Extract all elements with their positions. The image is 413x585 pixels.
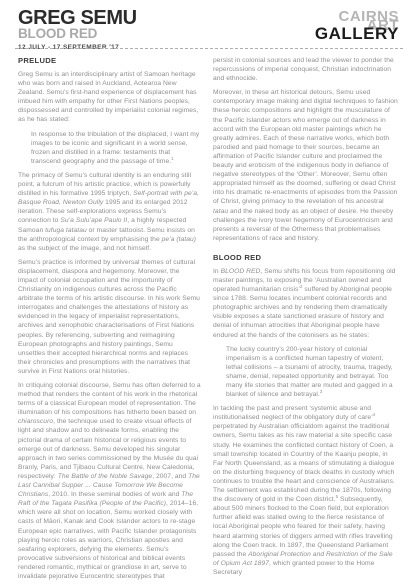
exhibition-text-page: GREG SEMU BLOOD RED 12 JULY - 17 SEPTEMB… bbox=[0, 0, 413, 585]
right-column: persist in colonial sources and lead the… bbox=[213, 56, 398, 582]
paragraph: In BLOOD RED, Semu shifts his focus from… bbox=[213, 267, 398, 340]
exhibition-title: BLOOD RED bbox=[18, 28, 137, 40]
block-quote: In response to the tribulation of the di… bbox=[31, 130, 201, 166]
masthead: GREG SEMU BLOOD RED 12 JULY - 17 SEPTEMB… bbox=[18, 9, 399, 47]
paragraph: In tackling the past and present ‘system… bbox=[213, 404, 398, 577]
logo-word-gallery: GALLERY bbox=[315, 27, 399, 41]
paragraph: Greg Semu is an interdisciplinary artist… bbox=[18, 70, 201, 125]
paragraph: Semu’s practice is informed by universal… bbox=[18, 258, 201, 376]
section-heading: BLOOD RED bbox=[213, 253, 398, 263]
paragraph: persist in colonial sources and lead the… bbox=[213, 56, 398, 83]
cairns-art-gallery-logo: CAIRNS ART GALLERY bbox=[315, 11, 399, 41]
artist-name: GREG SEMU bbox=[18, 9, 137, 27]
body-columns: PRELUDEGreg Semu is an interdisciplinary… bbox=[0, 56, 413, 585]
dashed-divider bbox=[15, 48, 403, 49]
section-heading: PRELUDE bbox=[18, 56, 201, 66]
left-column: PRELUDEGreg Semu is an interdisciplinary… bbox=[18, 56, 201, 585]
paragraph: The primacy of Semu’s cultural identity … bbox=[18, 171, 201, 253]
paragraph: In critiquing colonial discourse, Semu h… bbox=[18, 381, 201, 581]
paragraph: Moreover, in these art historical detour… bbox=[213, 88, 398, 243]
artist-block: GREG SEMU BLOOD RED 12 JULY - 17 SEPTEMB… bbox=[18, 9, 137, 51]
block-quote: The lucky country’s 200-year history of … bbox=[226, 345, 398, 400]
